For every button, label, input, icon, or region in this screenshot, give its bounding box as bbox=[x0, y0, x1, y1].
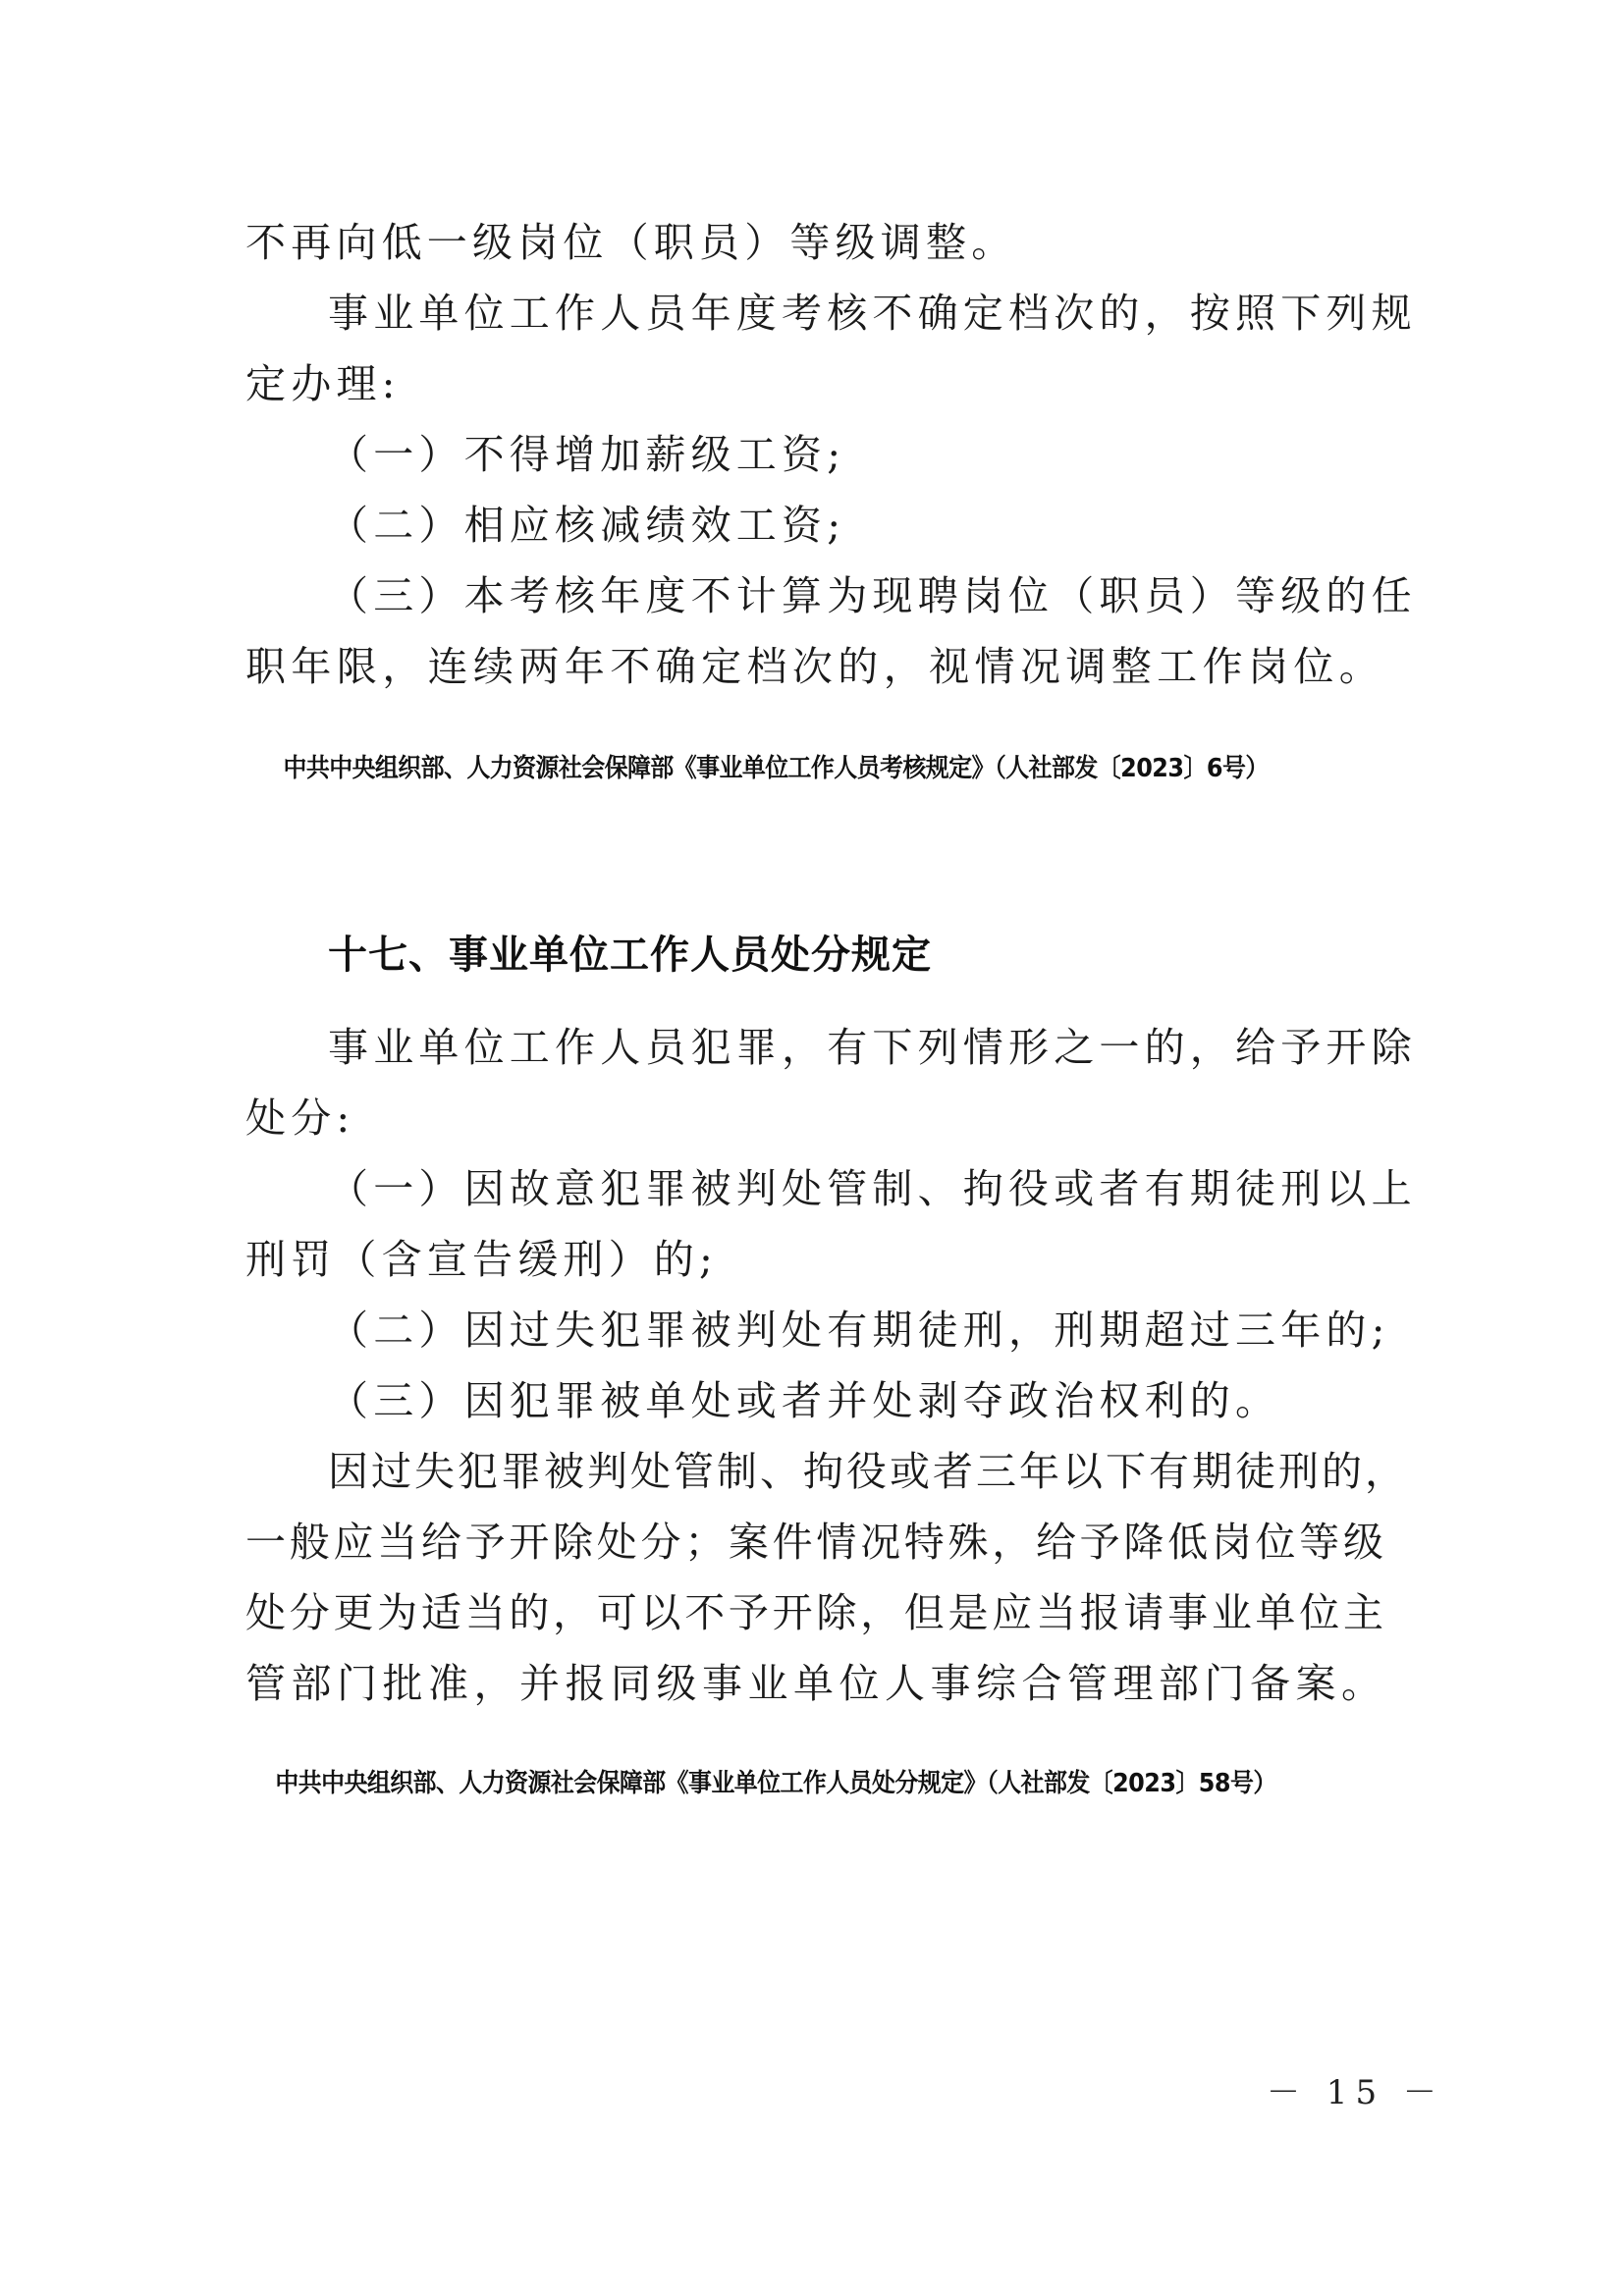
paragraph-line: 不再向低一级岗位（职员）等级调整。 bbox=[245, 218, 1384, 267]
paragraph-line: 事业单位工作人员年度考核不确定档次的，按照下列规 bbox=[328, 289, 1384, 338]
list-item-2: （二）相应核减绩效工资; bbox=[328, 501, 1384, 550]
paragraph-line: 一般应当给予开除处分；案件情况特殊，给予降低岗位等级 bbox=[245, 1518, 1384, 1567]
paragraph-line: 刑罚（含宣告缓刑）的; bbox=[245, 1235, 1384, 1284]
paragraph-line: 因过失犯罪被判处管制、拘役或者三年以下有期徒刑的， bbox=[328, 1447, 1384, 1496]
page-number: － 15 － bbox=[1267, 2073, 1444, 2112]
list-item-3: （三）因犯罪被单处或者并处剥夺政治权利的。 bbox=[328, 1376, 1384, 1425]
paragraph-line: 处分更为适当的，可以不予开除，但是应当报请事业单位主 bbox=[245, 1588, 1384, 1637]
section-heading: 十七、事业单位工作人员处分规定 bbox=[328, 931, 932, 980]
list-item-2: （二）因过失犯罪被判处有期徒刑，刑期超过三年的; bbox=[328, 1306, 1384, 1355]
paragraph-line: 职年限，连续两年不确定档次的，视情况调整工作岗位。 bbox=[245, 642, 1384, 691]
document-page: 不再向低一级岗位（职员）等级调整。 事业单位工作人员年度考核不确定档次的，按照下… bbox=[0, 0, 1624, 2296]
citation-source: 中共中央组织部、人力资源社会保障部《事业单位工作人员考核规定》（人社部发〔202… bbox=[257, 752, 1294, 785]
paragraph-line: 处分: bbox=[245, 1094, 1384, 1143]
list-item-3: （三）本考核年度不计算为现聘岗位（职员）等级的任 bbox=[328, 571, 1384, 620]
paragraph-line: 事业单位工作人员犯罪，有下列情形之一的，给予开除 bbox=[328, 1023, 1384, 1072]
paragraph-line: 定办理: bbox=[245, 359, 1384, 408]
list-item-1: （一）因故意犯罪被判处管制、拘役或者有期徒刑以上 bbox=[328, 1164, 1384, 1213]
paragraph-line: 管部门批准，并报同级事业单位人事综合管理部门备案。 bbox=[245, 1659, 1384, 1708]
list-item-1: （一）不得增加薪级工资; bbox=[328, 430, 1384, 479]
citation-source: 中共中央组织部、人力资源社会保障部《事业单位工作人员处分规定》（人社部发〔202… bbox=[257, 1767, 1294, 1800]
